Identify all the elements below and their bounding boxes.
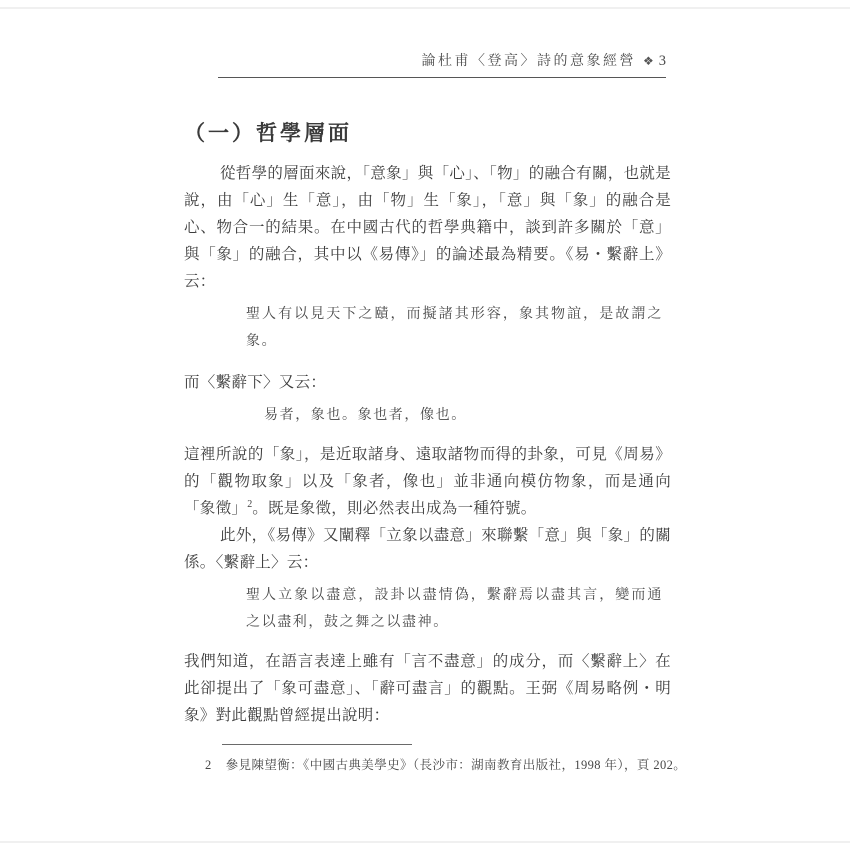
main-text-column: （一）哲學層面 從哲學的層面來說，「意象」與「心」、「物」的融合有關，也就是說，… — [184, 119, 671, 729]
running-header-title: 論杜甫〈登高〉詩的意象經營 — [421, 54, 636, 69]
blockquote-xici-shang-2: 聖人立象以盡意，設卦以盡情偽，繫辭焉以盡其言，變而通之以盡利，鼓之舞之以盡神。 — [246, 582, 663, 636]
blockquote-xici-xia: 易者，象也。象也者，像也。 — [264, 402, 663, 429]
page-number: 3 — [659, 53, 666, 69]
paragraph-3-text-after: 。既是象徵，則必然表出成為一種符號。 — [252, 500, 536, 517]
section-heading: （一）哲學層面 — [184, 119, 671, 147]
running-header: 論杜甫〈登高〉詩的意象經營❖3 — [218, 50, 666, 78]
footnote-rule — [222, 744, 412, 745]
scan-edge-top — [0, 7, 850, 9]
paragraph-1: 從哲學的層面來說，「意象」與「心」、「物」的融合有關，也就是說，由「心」生「意」… — [184, 160, 671, 295]
footnote-text: 參見陳望衡：《中國古典美學史》（長沙市：湖南教育出版社，1998 年），頁 20… — [226, 756, 705, 775]
paragraph-2: 而〈繫辭下〉又云： — [184, 369, 671, 396]
paragraph-5: 我們知道，在語言表達上雖有「言不盡意」的成分，而〈繫辭上〉在此卻提出了「象可盡意… — [184, 648, 671, 729]
scanned-book-page: 論杜甫〈登高〉詩的意象經營❖3 （一）哲學層面 從哲學的層面來說，「意象」與「心… — [0, 0, 850, 850]
paragraph-4: 此外，《易傳》又闡釋「立象以盡意」來聯繫「意」與「象」的關係。〈繫辭上〉云： — [184, 522, 671, 576]
footnote-area: 2 參見陳望衡：《中國古典美學史》（長沙市：湖南教育出版社，1998 年），頁 … — [205, 744, 705, 775]
footnote-2: 2 參見陳望衡：《中國古典美學史》（長沙市：湖南教育出版社，1998 年），頁 … — [205, 756, 705, 775]
scan-edge-bottom — [0, 841, 850, 843]
ornament-icon: ❖ — [643, 54, 654, 68]
footnote-number: 2 — [205, 756, 212, 775]
blockquote-xici-shang-1: 聖人有以見天下之賾，而擬諸其形容，象其物誼，是故謂之象。 — [246, 301, 663, 355]
paragraph-3: 這裡所說的「象」，是近取諸身、遠取諸物而得的卦象，可見《周易》的「觀物取象」以及… — [184, 441, 671, 522]
